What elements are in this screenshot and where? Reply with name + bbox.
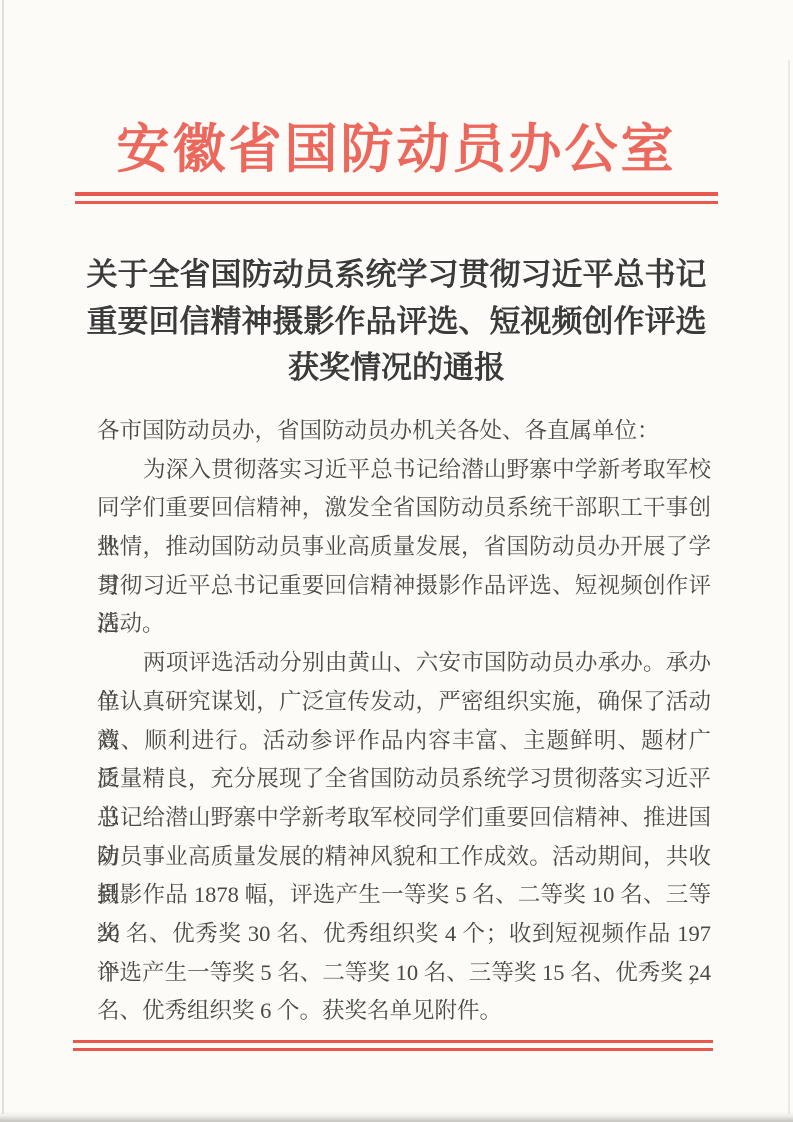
body-line: 摄影作品 1878 幅，评选产生一等奖 5 名、二等奖 10 名、三等奖	[97, 876, 711, 915]
body-line: 两项评选活动分别由黄山、六安市国防动员办承办。承办单	[97, 644, 711, 683]
letterhead-org-name: 安徽省国防动员办公室	[0, 113, 793, 187]
body-line: 书记给潜山野寨中学新考取军校同学们重要回信精神、推进国防	[97, 799, 711, 838]
document-title-line: 关于全省国防动员系统学习贯彻习近平总书记	[0, 252, 793, 299]
body-line: 活动。	[97, 605, 711, 644]
body-line: 名、优秀组织奖 6 个。获奖名单见附件。	[97, 992, 711, 1031]
scan-edge-bottom	[0, 1111, 793, 1122]
salutation-line: 各市国防动员办，省国防动员办机关各处、各直属单位：	[97, 412, 711, 451]
body-line: 贯彻习近平总书记重要回信精神摄影作品评选、短视频创作评选	[97, 567, 711, 606]
body-line: 热情，推动国防动员事业高质量发展，省国防动员办开展了学习	[97, 528, 711, 567]
body-line: 20 名、优秀奖 30 名、优秀组织奖 4 个；收到短视频作品 197 个，	[97, 915, 711, 954]
scan-edge-right	[788, 60, 790, 1114]
document-title-line: 重要回信精神摄影作品评选、短视频创作评选	[0, 299, 793, 346]
body-line: 位认真研究谋划，广泛宣传发动，严密组织实施，确保了活动高	[97, 683, 711, 722]
letterhead-double-rule	[75, 192, 718, 204]
document-title-line: 获奖情况的通报	[0, 345, 793, 392]
body-line: 同学们重要回信精神，激发全省国防动员系统干部职工干事创业	[97, 489, 711, 528]
footer-double-rule	[73, 1040, 713, 1051]
body-line: 为深入贯彻落实习近平总书记给潜山野寨中学新考取军校	[97, 451, 711, 490]
body-line: 质量精良，充分展现了全省国防动员系统学习贯彻落实习近平总	[97, 760, 711, 799]
body-line: 效、顺利进行。活动参评作品内容丰富、主题鲜明、题材广泛、	[97, 722, 711, 761]
document-title: 关于全省国防动员系统学习贯彻习近平总书记 重要回信精神摄影作品评选、短视频创作评…	[0, 252, 793, 392]
scanned-document-page: 安徽省国防动员办公室 关于全省国防动员系统学习贯彻习近平总书记 重要回信精神摄影…	[0, 0, 793, 1122]
body-line: 动员事业高质量发展的精神风貌和工作成效。活动期间，共收到	[97, 838, 711, 877]
body-line: 评选产生一等奖 5 名、二等奖 10 名、三等奖 15 名、优秀奖 24	[97, 954, 711, 993]
document-body: 各市国防动员办，省国防动员办机关各处、各直属单位： 为深入贯彻落实习近平总书记给…	[97, 412, 711, 1031]
